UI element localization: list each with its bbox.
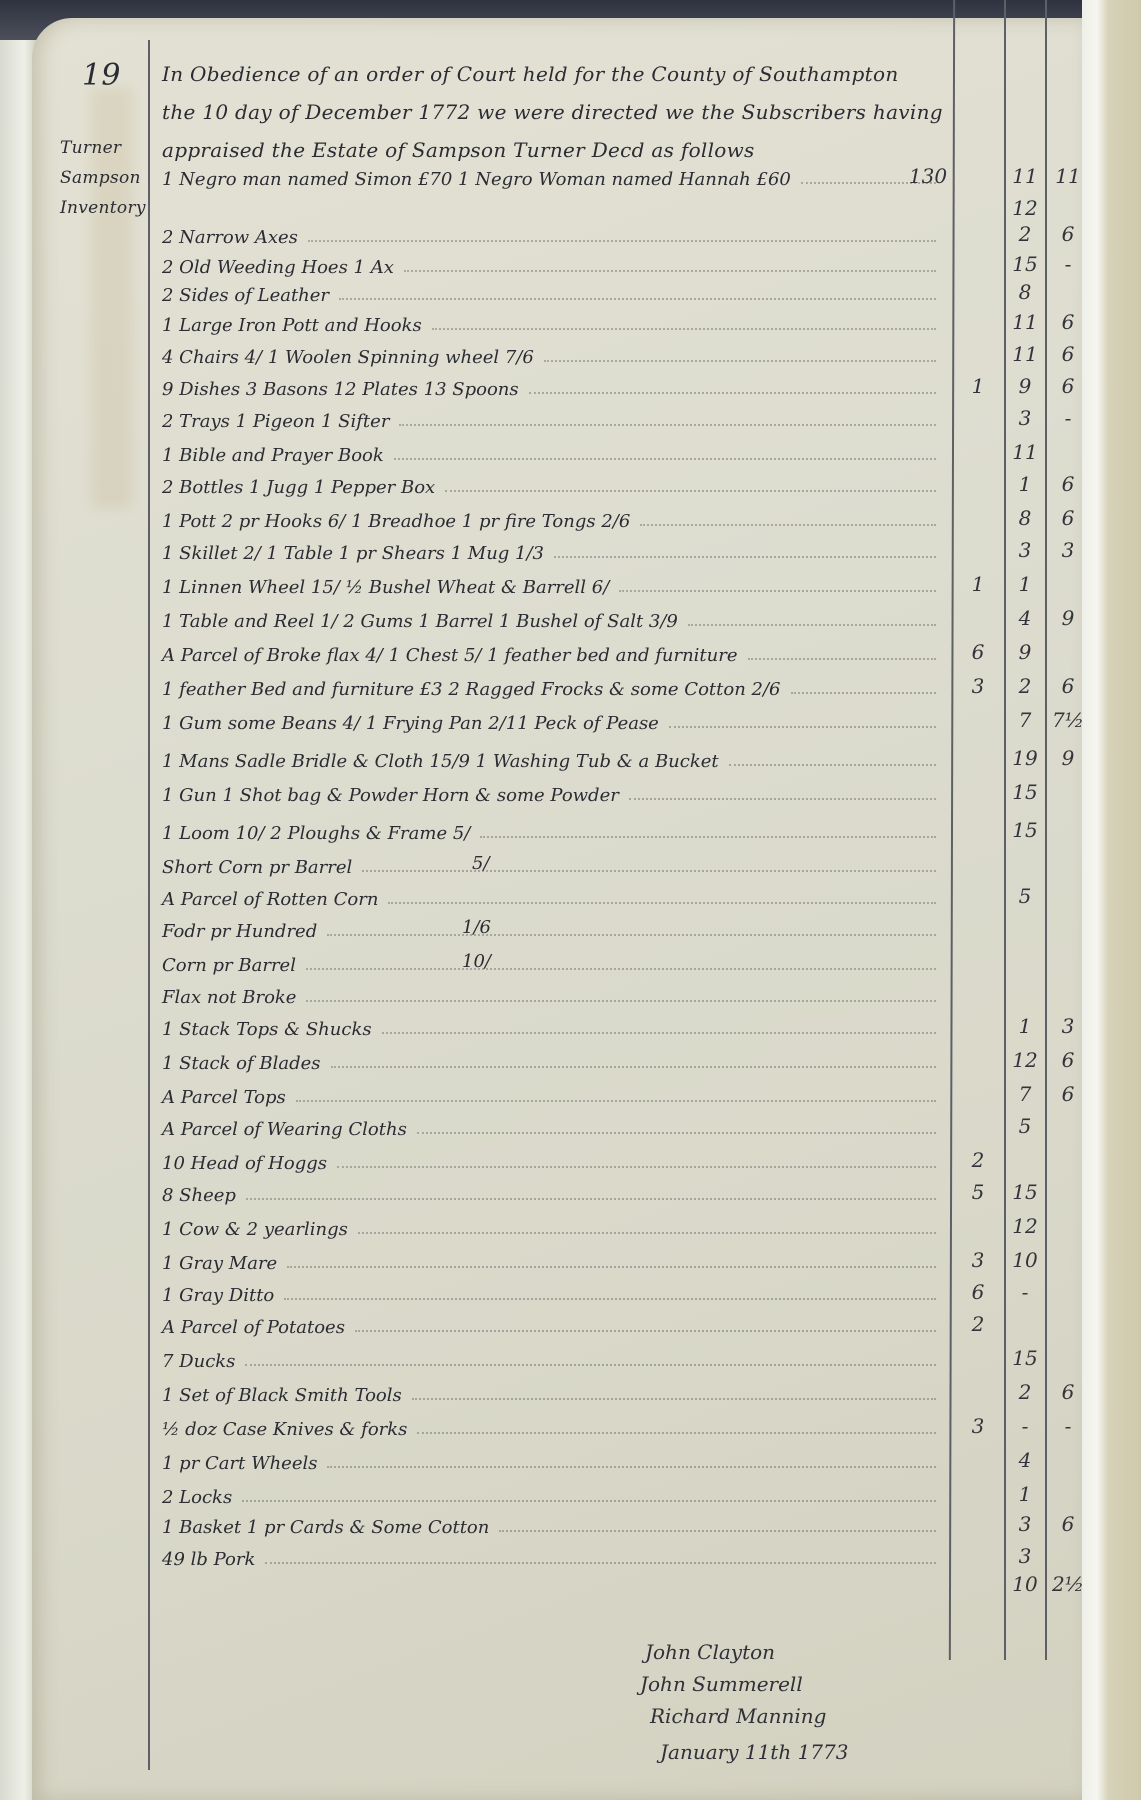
shillings-amount: 9 — [1006, 640, 1044, 664]
inventory-entry: Flax not Broke — [162, 978, 942, 1008]
shillings-amount: 8 — [1006, 506, 1044, 530]
pence-amount: 6 — [1050, 374, 1086, 398]
header-line: the 10 day of December 1772 we were dire… — [162, 100, 943, 124]
pounds-amount: 1 — [955, 572, 1001, 596]
dotted-leader — [729, 764, 936, 766]
margin-note: Turner — [60, 138, 121, 158]
shillings-amount: 11 — [1006, 440, 1044, 464]
pounds-amount: 5 — [955, 1180, 1001, 1204]
dotted-leader — [417, 1432, 936, 1434]
pounds-amount: 2 — [955, 1312, 1001, 1336]
inline-unit-price: 1/6 — [462, 917, 491, 938]
signature: John Clayton — [645, 1640, 775, 1664]
inventory-entry: 49 lb Pork — [162, 1540, 942, 1570]
pence-amount: 6 — [1050, 1512, 1086, 1536]
dotted-leader — [327, 1466, 936, 1468]
dotted-leader — [640, 524, 936, 526]
shillings-amount: 10 — [1006, 1248, 1044, 1272]
shillings-amount: 15 — [1006, 1346, 1044, 1370]
entry-description: 1 Table and Reel 1/ 2 Gums 1 Barrel 1 Bu… — [162, 611, 678, 632]
header-line: In Obedience of an order of Court held f… — [162, 62, 899, 86]
pence-amount: 7½ — [1050, 708, 1086, 732]
entry-description: 1 Skillet 2/ 1 Table 1 pr Shears 1 Mug 1… — [162, 543, 544, 564]
pounds-amount: 3 — [955, 674, 1001, 698]
dotted-leader — [339, 298, 936, 300]
entry-description: 1 Negro man named Simon £70 1 Negro Woma… — [162, 169, 791, 190]
entry-description: 1 feather Bed and furniture £3 2 Ragged … — [162, 679, 781, 700]
entry-description: 2 Narrow Axes — [162, 227, 298, 248]
inventory-entry: 1 Set of Black Smith Tools — [162, 1376, 942, 1406]
shillings-amount: - — [1006, 1280, 1044, 1304]
inventory-entry — [162, 1568, 942, 1598]
entry-description: 2 Trays 1 Pigeon 1 Sifter — [162, 411, 389, 432]
pence-amount: 6 — [1050, 222, 1086, 246]
pence-amount: - — [1050, 1414, 1086, 1438]
inventory-entry: 1 pr Cart Wheels — [162, 1444, 942, 1474]
inventory-entry: A Parcel of Rotten Corn — [162, 880, 942, 910]
inventory-entry: 10 Head of Hoggs — [162, 1144, 942, 1174]
inventory-entry: A Parcel Tops — [162, 1078, 942, 1108]
folio-number: 19 — [82, 58, 121, 93]
inventory-entry: 1 Gray Ditto — [162, 1276, 942, 1306]
inventory-entry: A Parcel of Broke flax 4/ 1 Chest 5/ 1 f… — [162, 636, 942, 666]
pence-amount: 6 — [1050, 1048, 1086, 1072]
signature-date: January 11th 1773 — [660, 1740, 848, 1764]
margin-rule — [148, 40, 150, 1770]
shillings-amount: 12 — [1006, 1048, 1044, 1072]
entry-description: 49 lb Pork — [162, 1549, 255, 1570]
pence-amount: 9 — [1050, 746, 1086, 770]
shillings-amount: 4 — [1006, 1448, 1044, 1472]
entry-description: Flax not Broke — [162, 987, 296, 1008]
inventory-entry: A Parcel of Wearing Cloths — [162, 1110, 942, 1140]
dotted-leader — [399, 424, 936, 426]
shillings-amount: 1 — [1006, 1482, 1044, 1506]
shillings-amount: 1 — [1006, 472, 1044, 496]
dotted-leader — [362, 870, 936, 872]
dotted-leader — [445, 490, 936, 492]
entry-description: 10 Head of Hoggs — [162, 1153, 327, 1174]
dotted-leader — [327, 934, 936, 936]
shillings-amount: 9 — [1006, 374, 1044, 398]
shillings-amount: 3 — [1006, 1544, 1044, 1568]
entry-description: 1 Cow & 2 yearlings — [162, 1219, 348, 1240]
entry-description: 9 Dishes 3 Basons 12 Plates 13 Spoons — [162, 379, 519, 400]
pence-amount: 6 — [1050, 506, 1086, 530]
dotted-leader — [480, 836, 936, 838]
margin-note: Sampson — [60, 168, 141, 188]
entry-description: 1 Gray Ditto — [162, 1285, 274, 1306]
dotted-leader — [265, 1562, 936, 1564]
entry-description: 2 Locks — [162, 1487, 232, 1508]
entry-description: 2 Sides of Leather — [162, 285, 329, 306]
dotted-leader — [306, 1000, 936, 1002]
shillings-amount: 1 — [1006, 1014, 1044, 1038]
dotted-leader — [382, 1032, 936, 1034]
pence-amount: 6 — [1050, 1380, 1086, 1404]
dotted-leader — [337, 1166, 936, 1168]
pence-amount: 3 — [1050, 1014, 1086, 1038]
inventory-entry: 1 Negro man named Simon £70 1 Negro Woma… — [162, 160, 942, 190]
entry-description: 1 Gum some Beans 4/ 1 Frying Pan 2/11 Pe… — [162, 713, 659, 734]
inventory-entry: 1 Gray Mare — [162, 1244, 942, 1274]
inventory-entry: 1 feather Bed and furniture £3 2 Ragged … — [162, 670, 942, 700]
dotted-leader — [529, 392, 936, 394]
inline-unit-price: 5/ — [472, 853, 490, 874]
entry-description: 1 Loom 10/ 2 Ploughs & Frame 5/ — [162, 823, 470, 844]
inventory-entry: ½ doz Case Knives & forks — [162, 1410, 942, 1440]
entry-description: 1 Pott 2 pr Hooks 6/ 1 Breadhoe 1 pr fir… — [162, 511, 630, 532]
pence-amount: 9 — [1050, 606, 1086, 630]
signature: John Summerell — [640, 1672, 803, 1696]
pounds-left-amount: 130 — [905, 164, 951, 188]
shillings-amount: 10 — [1006, 1572, 1044, 1596]
dotted-leader — [499, 1530, 936, 1532]
pence-amount: 6 — [1050, 674, 1086, 698]
shillings-amount: 15 — [1006, 780, 1044, 804]
shillings-amount: 2 — [1006, 222, 1044, 246]
pence-amount: 3 — [1050, 538, 1086, 562]
pounds-amount: 6 — [955, 640, 1001, 664]
inventory-entry: 1 Loom 10/ 2 Ploughs & Frame 5/ — [162, 814, 942, 844]
dotted-leader — [748, 658, 936, 660]
shillings-amount: 2 — [1006, 674, 1044, 698]
entry-description: 1 Basket 1 pr Cards & Some Cotton — [162, 1517, 489, 1538]
inventory-entry: 1 Mans Sadle Bridle & Cloth 15/9 1 Washi… — [162, 742, 942, 772]
pence-amount: - — [1050, 252, 1086, 276]
shillings-amount: 11 — [1006, 310, 1044, 334]
inventory-entry: 8 Sheep — [162, 1176, 942, 1206]
inventory-entry: 1 Stack Tops & Shucks — [162, 1010, 942, 1040]
dotted-leader — [791, 692, 936, 694]
shillings-amount: 5 — [1006, 1114, 1044, 1138]
pence-amount: 6 — [1050, 472, 1086, 496]
shillings-amount: 1 — [1006, 572, 1044, 596]
shillings-amount: 8 — [1006, 280, 1044, 304]
inventory-entry: 1 Large Iron Pott and Hooks — [162, 306, 942, 336]
inventory-entry: 1 Stack of Blades — [162, 1044, 942, 1074]
shillings-amount: 4 — [1006, 606, 1044, 630]
entry-description: 4 Chairs 4/ 1 Woolen Spinning wheel 7/6 — [162, 347, 534, 368]
shillings-amount: 12 — [1006, 1214, 1044, 1238]
dotted-leader — [284, 1298, 936, 1300]
shillings-amount: 7 — [1006, 1082, 1044, 1106]
shillings-amount: 11 — [1006, 164, 1044, 188]
inventory-entry: 2 Old Weeding Hoes 1 Ax — [162, 248, 942, 278]
dotted-leader — [287, 1266, 936, 1268]
entry-description: A Parcel of Rotten Corn — [162, 889, 378, 910]
inline-unit-price: 10/ — [462, 951, 491, 972]
margin-note: Inventory — [60, 198, 146, 218]
dotted-leader — [688, 624, 936, 626]
inventory-entry: Short Corn pr Barrel5/ — [162, 848, 942, 878]
shillings-amount: 11 — [1006, 342, 1044, 366]
shillings-amount: 7 — [1006, 708, 1044, 732]
entry-description: ½ doz Case Knives & forks — [162, 1419, 407, 1440]
entry-description: 2 Old Weeding Hoes 1 Ax — [162, 257, 394, 278]
dotted-leader — [554, 556, 936, 558]
dotted-leader — [242, 1500, 936, 1502]
entry-description: 2 Bottles 1 Jugg 1 Pepper Box — [162, 477, 435, 498]
pence-amount: 6 — [1050, 310, 1086, 334]
pence-amount: 6 — [1050, 342, 1086, 366]
pounds-amount: 2 — [955, 1148, 1001, 1172]
shillings-amount: 3 — [1006, 1512, 1044, 1536]
inventory-entry: 1 Pott 2 pr Hooks 6/ 1 Breadhoe 1 pr fir… — [162, 502, 942, 532]
shillings-amount: 19 — [1006, 746, 1044, 770]
inventory-entry: 1 Basket 1 pr Cards & Some Cotton — [162, 1508, 942, 1538]
inventory-entry: 1 Cow & 2 yearlings — [162, 1210, 942, 1240]
dotted-leader — [355, 1330, 936, 1332]
entry-description: Fodr pr Hundred — [162, 921, 317, 942]
inventory-entry: Corn pr Barrel10/ — [162, 946, 942, 976]
dotted-leader — [432, 328, 936, 330]
inventory-entry: 2 Sides of Leather — [162, 276, 942, 306]
entry-description: A Parcel Tops — [162, 1087, 286, 1108]
inventory-entry: A Parcel of Potatoes — [162, 1308, 942, 1338]
dotted-leader — [308, 240, 936, 242]
dotted-leader — [412, 1398, 936, 1400]
shillings-amount: - — [1006, 1414, 1044, 1438]
inventory-entry: 1 Bible and Prayer Book — [162, 436, 942, 466]
pounds-amount: 1 — [955, 374, 1001, 398]
dotted-leader — [629, 798, 936, 800]
dotted-leader — [246, 1198, 936, 1200]
inventory-entry: 2 Locks — [162, 1478, 942, 1508]
shillings-amount: 5 — [1006, 884, 1044, 908]
shillings-amount: 15 — [1006, 252, 1044, 276]
dotted-leader — [358, 1232, 936, 1234]
pence-amount: 2½ — [1050, 1572, 1086, 1596]
entry-description: Short Corn pr Barrel — [162, 857, 352, 878]
inventory-entry: 1 Linnen Wheel 15/ ½ Bushel Wheat & Barr… — [162, 568, 942, 598]
dotted-leader — [245, 1364, 936, 1366]
shillings-amount: 3 — [1006, 406, 1044, 430]
pence-amount: 6 — [1050, 1082, 1086, 1106]
entry-description: 1 Bible and Prayer Book — [162, 445, 384, 466]
inventory-entry: 2 Bottles 1 Jugg 1 Pepper Box — [162, 468, 942, 498]
shillings-amount: 12 — [1006, 196, 1044, 220]
inventory-entry: 7 Ducks — [162, 1342, 942, 1372]
pence-amount: 11 — [1050, 164, 1086, 188]
dotted-leader — [296, 1100, 936, 1102]
entry-description: 1 Stack Tops & Shucks — [162, 1019, 372, 1040]
shillings-amount: 3 — [1006, 538, 1044, 562]
dotted-leader — [669, 726, 936, 728]
inventory-entry: 1 Skillet 2/ 1 Table 1 pr Shears 1 Mug 1… — [162, 534, 942, 564]
dotted-leader — [544, 360, 936, 362]
inventory-entry: 2 Trays 1 Pigeon 1 Sifter — [162, 402, 942, 432]
dotted-leader — [417, 1132, 936, 1134]
entry-description: A Parcel of Potatoes — [162, 1317, 345, 1338]
entry-description: 1 Mans Sadle Bridle & Cloth 15/9 1 Washi… — [162, 751, 719, 772]
inventory-entry: 2 Narrow Axes — [162, 218, 942, 248]
header-line: appraised the Estate of Sampson Turner D… — [162, 138, 755, 162]
shillings-amount: 15 — [1006, 1180, 1044, 1204]
dotted-leader — [404, 270, 936, 272]
inventory-entry: 1 Gum some Beans 4/ 1 Frying Pan 2/11 Pe… — [162, 704, 942, 734]
inventory-entry: 4 Chairs 4/ 1 Woolen Spinning wheel 7/6 — [162, 338, 942, 368]
dotted-leader — [394, 458, 936, 460]
entry-description: A Parcel of Wearing Cloths — [162, 1119, 407, 1140]
entry-description: A Parcel of Broke flax 4/ 1 Chest 5/ 1 f… — [162, 645, 738, 666]
entry-description: 1 Gun 1 Shot bag & Powder Horn & some Po… — [162, 785, 619, 806]
pounds-amount: 3 — [955, 1248, 1001, 1272]
inventory-entry: 1 Table and Reel 1/ 2 Gums 1 Barrel 1 Bu… — [162, 602, 942, 632]
pence-column-rule — [1045, 0, 1047, 1660]
entry-description: Corn pr Barrel — [162, 955, 296, 976]
dotted-leader — [619, 590, 936, 592]
inventory-entry: Fodr pr Hundred1/6 — [162, 912, 942, 942]
signature: Richard Manning — [650, 1704, 826, 1728]
entry-description: 1 pr Cart Wheels — [162, 1453, 317, 1474]
page-edge-right — [1082, 0, 1141, 1800]
entry-description: 1 Gray Mare — [162, 1253, 277, 1274]
pounds-amount: 3 — [955, 1414, 1001, 1438]
dotted-leader — [388, 902, 936, 904]
shillings-amount: 2 — [1006, 1380, 1044, 1404]
pounds-amount: 6 — [955, 1280, 1001, 1304]
entry-description: 7 Ducks — [162, 1351, 235, 1372]
dotted-leader — [306, 968, 936, 970]
shillings-amount: 15 — [1006, 818, 1044, 842]
entry-description: 1 Large Iron Pott and Hooks — [162, 315, 422, 336]
dotted-leader — [331, 1066, 936, 1068]
entry-description: 1 Stack of Blades — [162, 1053, 321, 1074]
pence-amount: - — [1050, 406, 1086, 430]
inventory-entry: 1 Gun 1 Shot bag & Powder Horn & some Po… — [162, 776, 942, 806]
entry-description: 8 Sheep — [162, 1185, 236, 1206]
inventory-entry: 9 Dishes 3 Basons 12 Plates 13 Spoons — [162, 370, 942, 400]
entry-description: 1 Linnen Wheel 15/ ½ Bushel Wheat & Barr… — [162, 577, 609, 598]
entry-description: 1 Set of Black Smith Tools — [162, 1385, 402, 1406]
